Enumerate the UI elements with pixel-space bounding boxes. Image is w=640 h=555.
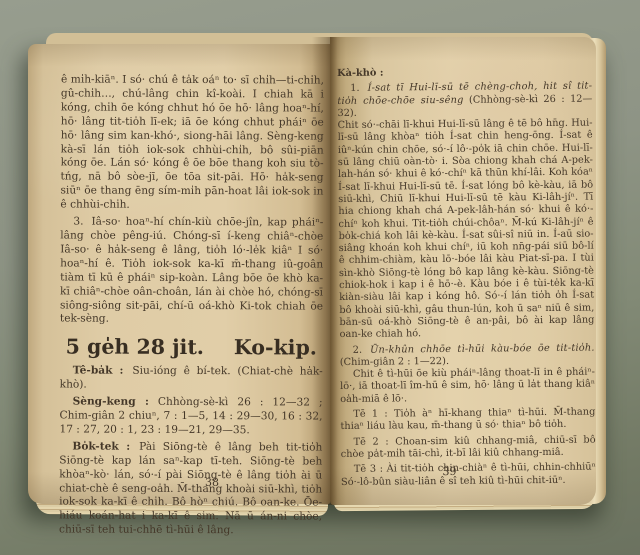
paragraph-kakho: Kà-khò : <box>337 66 592 81</box>
kakho-label: Kà-khò : <box>337 68 384 79</box>
left-page-text: ê mi̍h-kiāⁿ. I só· chú ê ta̍k oáⁿ to· sī… <box>59 73 324 538</box>
paragraph-item-1: 1.Í-sat tī Hui-lī-sū tē chèng-choh, hit … <box>337 81 592 120</box>
boktek-label: Bo̍k-tek : <box>72 440 130 452</box>
page-number-left: 38 <box>72 476 352 489</box>
paragraph-te2: Tē 2 : Choan-sim kiû chhang-miâ, chiū-sī… <box>341 434 596 461</box>
lesson-heading: 5 ge̍h 28 jit. Ko-kip. <box>60 335 323 360</box>
lesson-title: Ko-kip. <box>234 335 317 359</box>
paragraph-sengkeng: Sèng-keng :Chhòng-sè-kì 26 : 12—32 ; Chi… <box>59 396 322 439</box>
item-number: 1. <box>350 83 359 94</box>
item-title-italic: Ūn-khûn chhōe tì-hūi kàu-bóe ōe tit-tio̍… <box>370 342 595 355</box>
sengkeng-label: Sèng-keng : <box>73 396 149 408</box>
item-text: Iâ-so· hoaⁿ-hí chín-kiù chōe-jîn, kap ph… <box>60 216 323 325</box>
paragraph-tihui: Chit ê tì-hūi ōe kiù pháiⁿ-lâng thoat-lī… <box>340 367 595 406</box>
paragraph-tongue-lesson: ê mi̍h-kiāⁿ. I só· chú ê ta̍k oáⁿ to· sī… <box>60 73 324 213</box>
right-page-text: Kà-khò : 1.Í-sat tī Hui-lī-sū tē chèng-c… <box>337 66 596 489</box>
tebak-label: Tê-ba̍k : <box>73 365 124 377</box>
lesson-date: 5 ge̍h 28 jit. <box>66 335 204 360</box>
paragraph-isat-story: Chit só·-chāi lī-khui Hui-lī-sū lâng ê t… <box>338 118 595 342</box>
item-number: 3. <box>73 216 83 228</box>
item-scripture: (Chim-giân 2 : 1—22). <box>340 356 449 368</box>
paragraph-boktek: Bo̍k-tek :Pài Siōng-tè ê lâng beh tit-ti… <box>59 440 322 538</box>
paragraph-te1: Tē 1 : Tio̍h àⁿ hī-khang thiaⁿ tì-hūi. M… <box>340 407 595 434</box>
paragraph-item-2: 2.Ūn-khûn chhōe tì-hūi kàu-bóe ōe tit-ti… <box>340 342 595 369</box>
page-number-right: 39 <box>322 464 577 480</box>
paragraph-item-3: 3.Iâ-so· hoaⁿ-hí chín-kiù chōe-jîn, kap … <box>60 215 323 327</box>
photo-of-open-book: ê mi̍h-kiāⁿ. I só· chú ê ta̍k oáⁿ to· sī… <box>0 0 640 555</box>
item-number: 2. <box>353 344 362 355</box>
paragraph-tebak: Tê-ba̍k :Siu-ióng ê bí-tek. (Chiat-chè h… <box>60 365 323 394</box>
